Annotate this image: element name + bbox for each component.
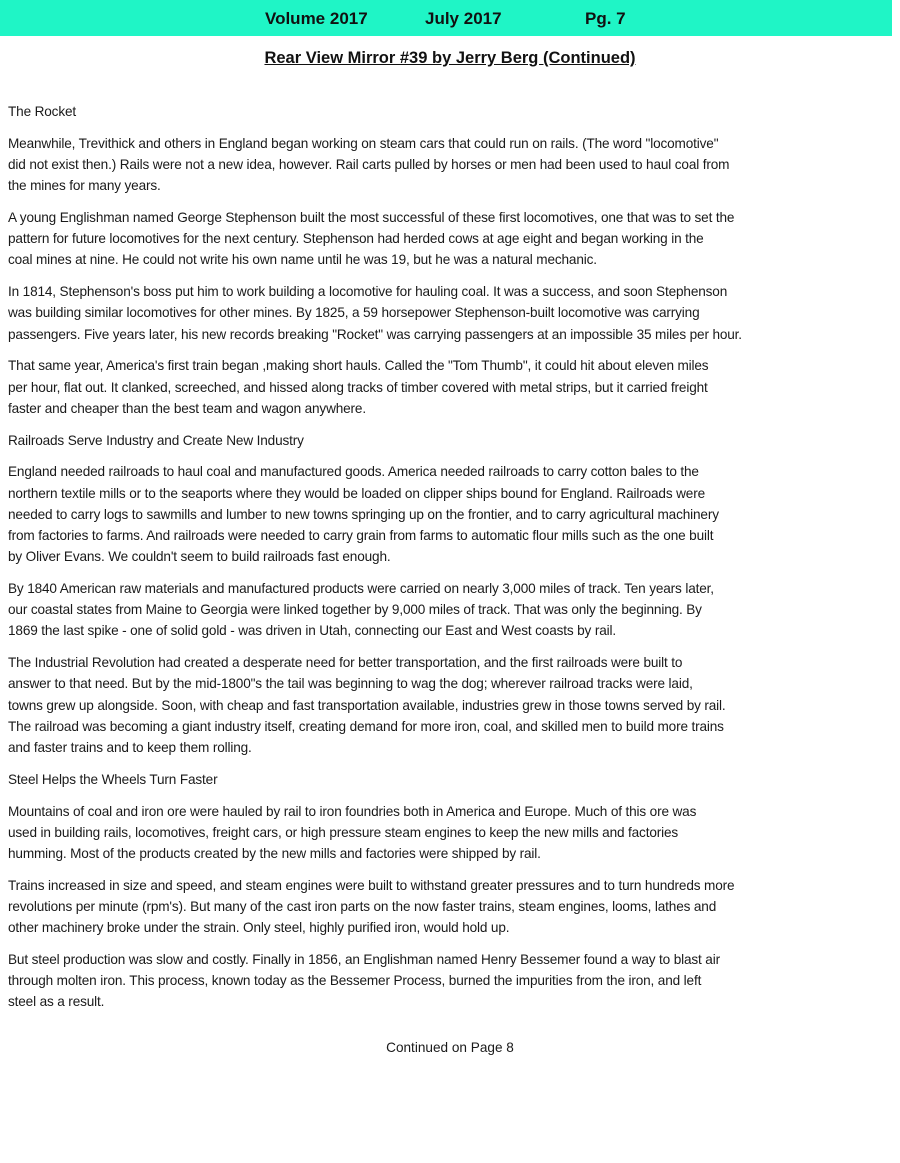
- paragraph: Trains increased in size and speed, and …: [8, 875, 900, 939]
- article-title: Rear View Mirror #39 by Jerry Berg (Cont…: [0, 49, 900, 68]
- paragraph: But steel production was slow and costly…: [8, 949, 900, 1013]
- section-heading-the-rocket: The Rocket: [8, 101, 900, 122]
- section-heading-railroads-serve-industry: Railroads Serve Industry and Create New …: [8, 430, 900, 451]
- paragraph: In 1814, Stephenson's boss put him to wo…: [8, 281, 900, 345]
- page-number: Pg. 7: [585, 9, 626, 29]
- volume-label: Volume 2017: [265, 9, 368, 29]
- issue-date: July 2017: [425, 9, 502, 29]
- paragraph: A young Englishman named George Stephens…: [8, 207, 900, 271]
- newsletter-header-banner: Volume 2017 July 2017 Pg. 7: [0, 0, 892, 36]
- paragraph: The Industrial Revolution had created a …: [8, 652, 900, 758]
- continued-on-page-note: Continued on Page 8: [0, 1040, 900, 1055]
- paragraph: That same year, America's first train be…: [8, 355, 900, 419]
- paragraph: England needed railroads to haul coal an…: [8, 461, 900, 567]
- paragraph: Meanwhile, Trevithick and others in Engl…: [8, 133, 900, 197]
- paragraph: Mountains of coal and iron ore were haul…: [8, 801, 900, 865]
- paragraph: By 1840 American raw materials and manuf…: [8, 578, 900, 642]
- article-body: The Rocket Meanwhile, Trevithick and oth…: [8, 101, 900, 1023]
- section-heading-steel-helps-wheels: Steel Helps the Wheels Turn Faster: [8, 769, 900, 790]
